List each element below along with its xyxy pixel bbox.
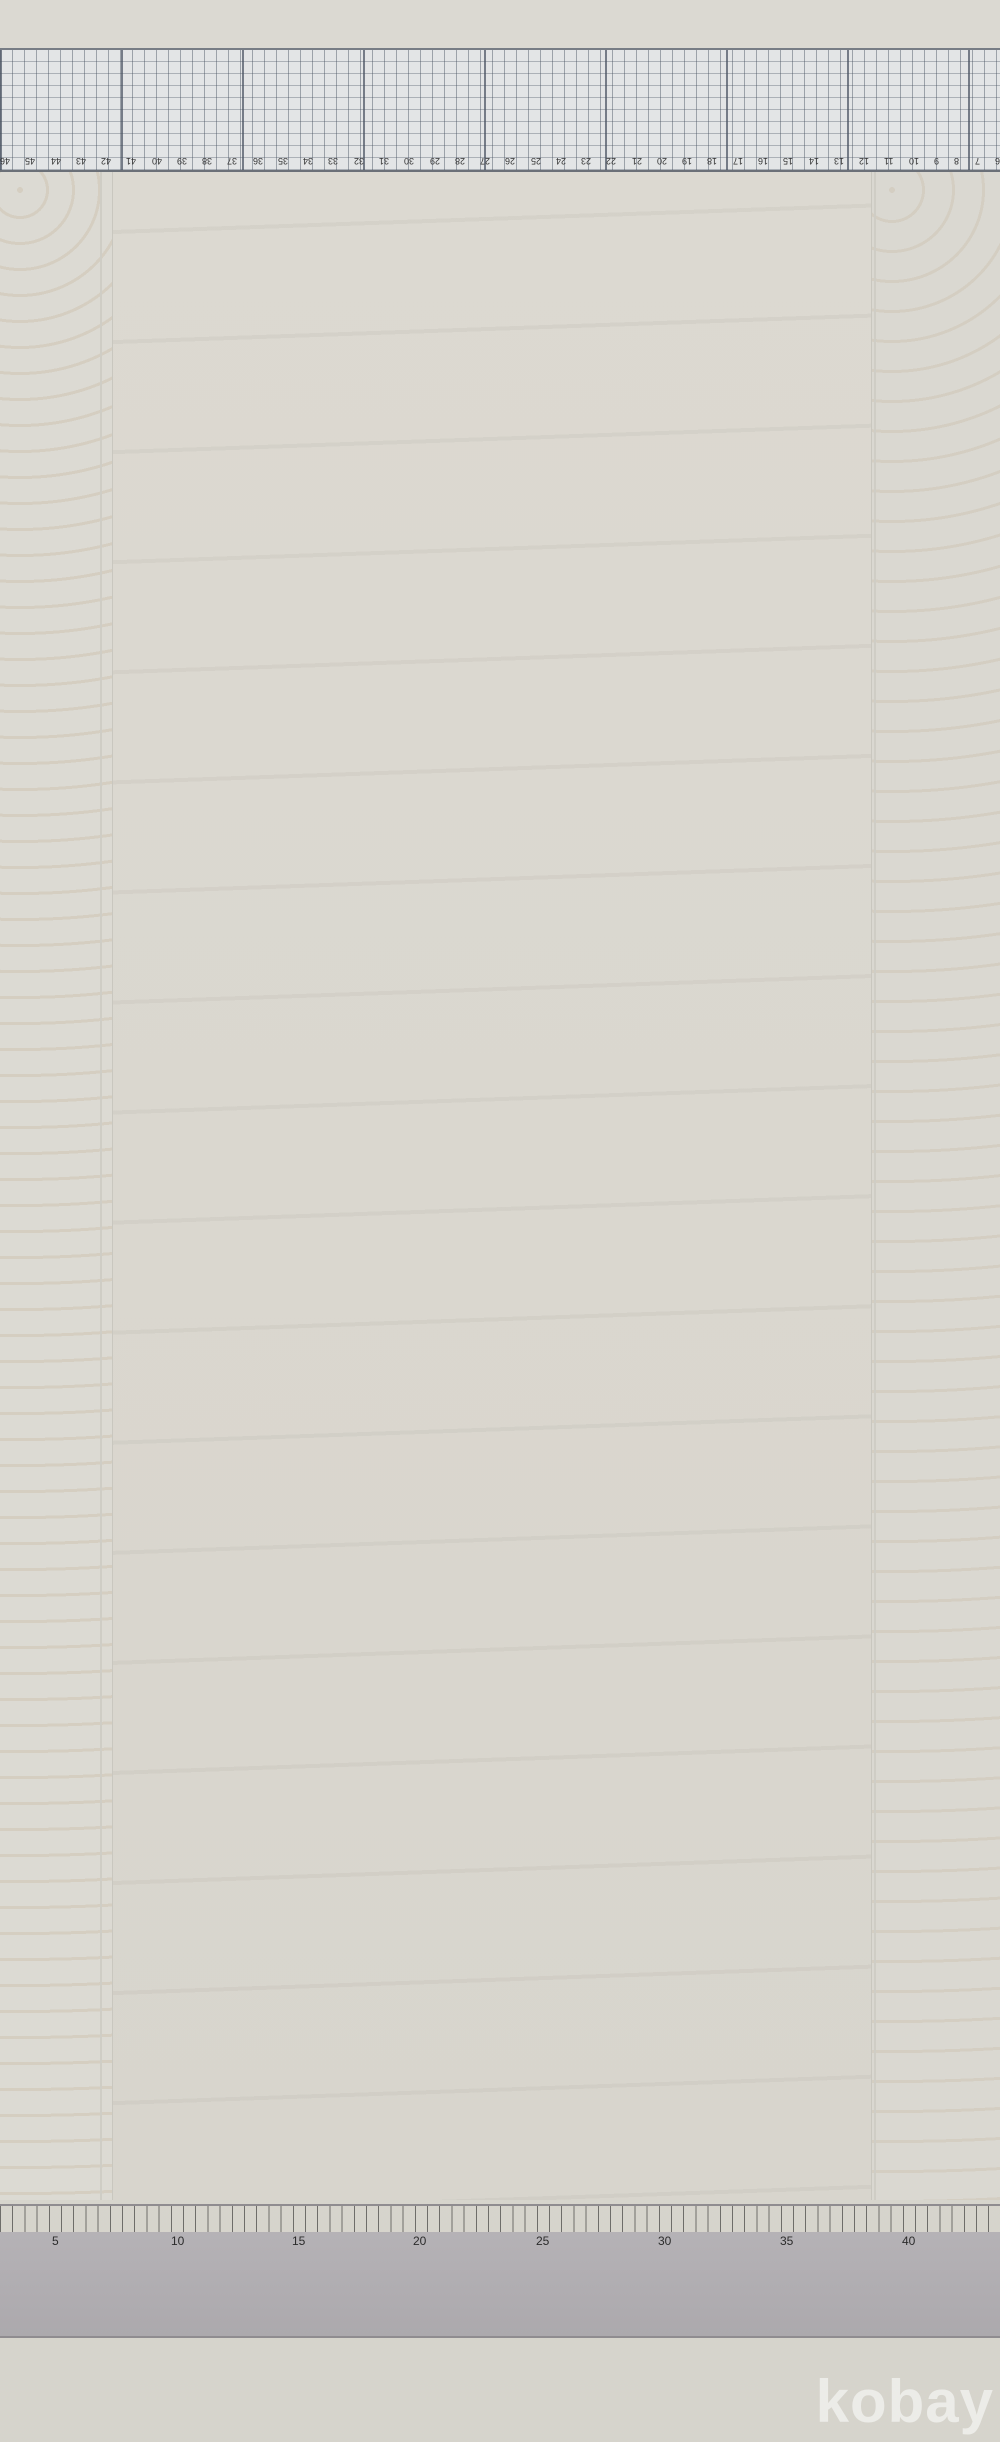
mounting-border-line-left	[100, 170, 102, 2200]
top-ruler-label: 40	[152, 148, 162, 166]
top-ruler-label: 20	[657, 148, 667, 166]
top-ruler-label: 33	[328, 148, 338, 166]
top-ruler-label: 32	[354, 148, 364, 166]
top-ruler-label: 19	[682, 148, 692, 166]
top-ruler-label: 39	[177, 148, 187, 166]
bottom-ruler-labels: 510152025303540	[0, 2234, 1000, 2254]
top-ruler-label: 28	[455, 148, 465, 166]
top-ruler-label: 35	[278, 148, 288, 166]
top-ruler-label: 24	[556, 148, 566, 166]
top-ruler-label: 30	[404, 148, 414, 166]
top-ruler-label: 44	[51, 148, 61, 166]
top-ruler-label: 42	[101, 148, 111, 166]
top-ruler-label: 43	[76, 148, 86, 166]
bottom-ruler: 510152025303540	[0, 2204, 1000, 2338]
scroll-mounting-left	[0, 170, 113, 2200]
top-ruler-label: 41	[126, 148, 136, 166]
bottom-ruler-label: 30	[658, 2234, 671, 2248]
scroll-mounting-right	[871, 170, 1000, 2200]
top-ruler-label: 21	[632, 148, 642, 166]
top-ruler-label: 45	[25, 148, 35, 166]
top-ruler-label: 18	[707, 148, 717, 166]
top-ruler-label: 15	[783, 148, 793, 166]
top-ruler-label: 36	[253, 148, 263, 166]
top-ruler-label: 26	[505, 148, 515, 166]
top-ruler-label: 10	[909, 148, 919, 166]
top-ruler-label: 34	[303, 148, 313, 166]
bottom-ruler-label: 10	[171, 2234, 184, 2248]
top-ruler-label: 31	[379, 148, 389, 166]
top-ruler-label: 27	[480, 148, 490, 166]
top-ruler-label: 37	[227, 148, 237, 166]
watermark: kobay	[816, 2367, 994, 2436]
top-ruler-label: 22	[606, 148, 616, 166]
top-ruler-label: 7	[975, 148, 980, 166]
mounting-border-line-right	[874, 170, 876, 2200]
top-ruler-label: 13	[834, 148, 844, 166]
top-ruler-label: 29	[430, 148, 440, 166]
top-ruler-label: 46	[0, 148, 10, 166]
bottom-ruler-label: 15	[292, 2234, 305, 2248]
top-ruler-label: 8	[954, 148, 959, 166]
bottom-ruler-label: 35	[780, 2234, 793, 2248]
bottom-ruler-label: 20	[413, 2234, 426, 2248]
top-ruler-label: 6	[995, 148, 1000, 166]
top-ruler-label: 16	[758, 148, 768, 166]
top-ruler-label: 23	[581, 148, 591, 166]
top-ruler-label: 17	[733, 148, 743, 166]
top-ruler-label: 12	[859, 148, 869, 166]
top-ruler-label: 9	[934, 148, 939, 166]
bottom-ruler-label: 25	[536, 2234, 549, 2248]
top-ruler-label: 38	[202, 148, 212, 166]
bottom-ruler-label: 40	[902, 2234, 915, 2248]
top-ruler-label: 14	[809, 148, 819, 166]
blank-scroll-paper	[113, 170, 871, 2200]
top-ruler-labels: 4645444342414039383736353433323130292827…	[0, 148, 1000, 166]
bottom-ruler-label: 5	[52, 2234, 59, 2248]
top-ruler-label: 11	[884, 148, 893, 166]
top-ruler: 4645444342414039383736353433323130292827…	[0, 48, 1000, 172]
top-ruler-label: 25	[531, 148, 541, 166]
